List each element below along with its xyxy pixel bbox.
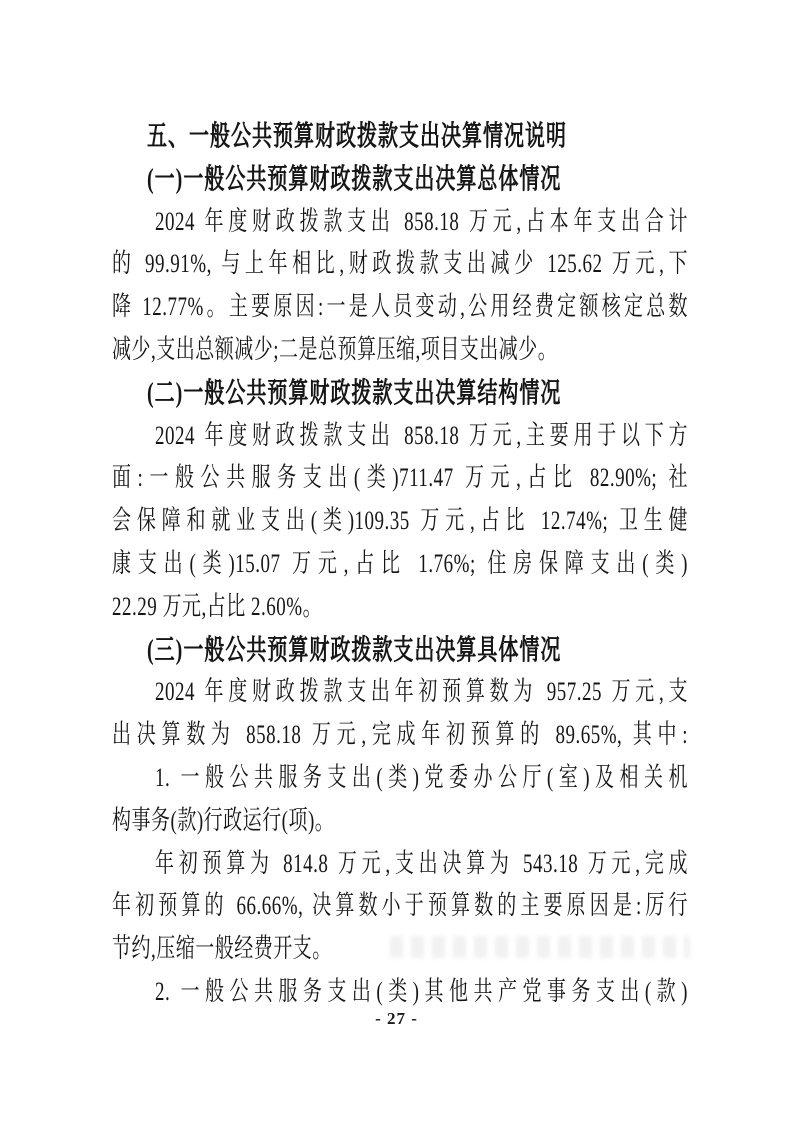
- document-page: 五、一般公共预算财政拨款支出决算情况说明 (一)一般公共预算财政拨款支出决算总体…: [0, 0, 793, 1122]
- document-body: 五、一般公共预算财政拨款支出决算情况说明 (一)一般公共预算财政拨款支出决算总体…: [112, 116, 688, 1015]
- page-number: - 27 -: [0, 1004, 793, 1034]
